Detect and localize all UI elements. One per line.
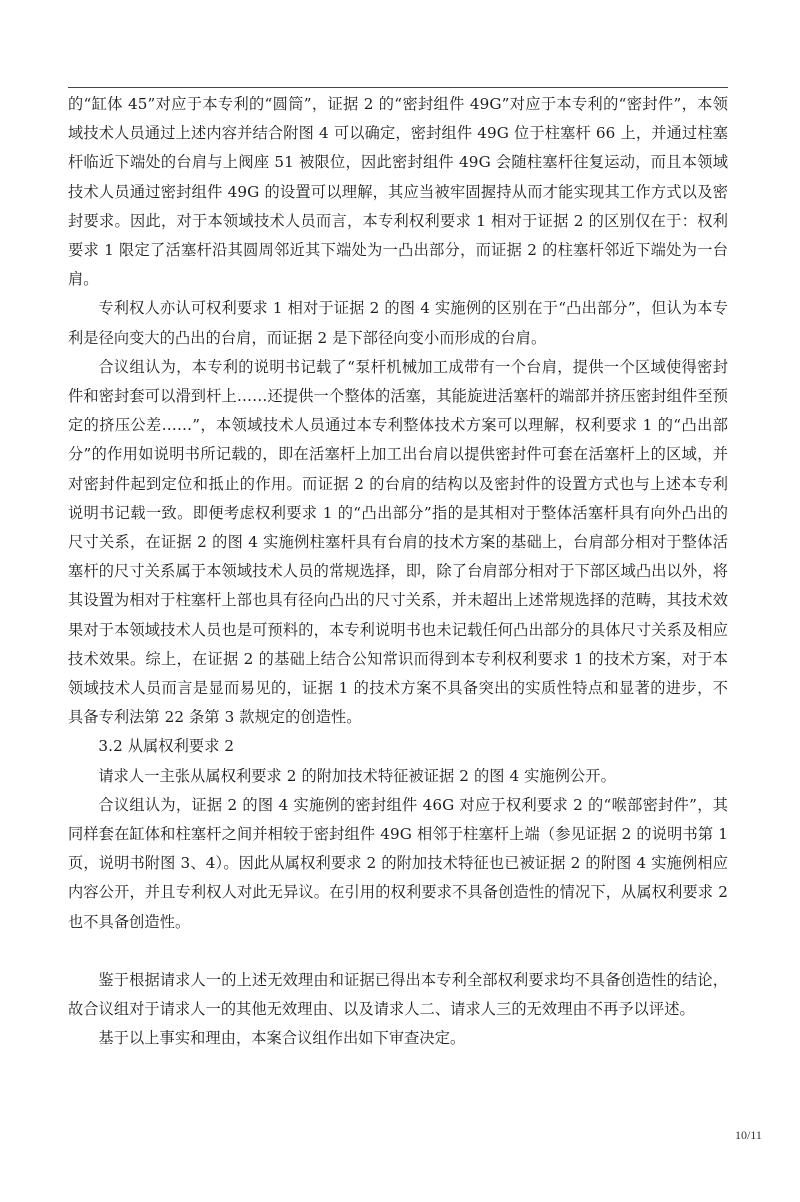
paragraph-panel-opinion-claim2: 合议组认为，证据 2 的图 4 实施例的密封组件 46G 对应于权利要求 2 的… — [68, 791, 728, 937]
paragraph-continued: 的“缸体 45”对应于本专利的“圆筒”，证据 2 的“密封组件 49G”对应于本… — [68, 90, 728, 294]
paragraph-patentee-position: 专利权人亦认可权利要求 1 相对于证据 2 的图 4 实施例的区别在于“凸出部分… — [68, 294, 728, 352]
page-number: 10/11 — [735, 1128, 762, 1143]
paragraph-decision-intro: 基于以上事实和理由，本案合议组作出如下审查决定。 — [68, 1024, 728, 1053]
paragraph-conclusion: 鉴于根据请求人一的上述无效理由和证据已得出本专利全部权利要求均不具备创造性的结论… — [68, 966, 728, 1024]
header-rule — [68, 87, 728, 88]
paragraph-panel-opinion-claim1: 合议组认为，本专利的说明书记载了“泵杆机械加工成带有一个台肩，提供一个区域使得密… — [68, 353, 728, 733]
document-body: 的“缸体 45”对应于本专利的“圆筒”，证据 2 的“密封组件 49G”对应于本… — [68, 90, 728, 1054]
section-heading-3-2: 3.2 从属权利要求 2 — [68, 732, 728, 761]
paragraph-requester-claim2: 请求人一主张从属权利要求 2 的附加技术特征被证据 2 的图 4 实施例公开。 — [68, 762, 728, 791]
